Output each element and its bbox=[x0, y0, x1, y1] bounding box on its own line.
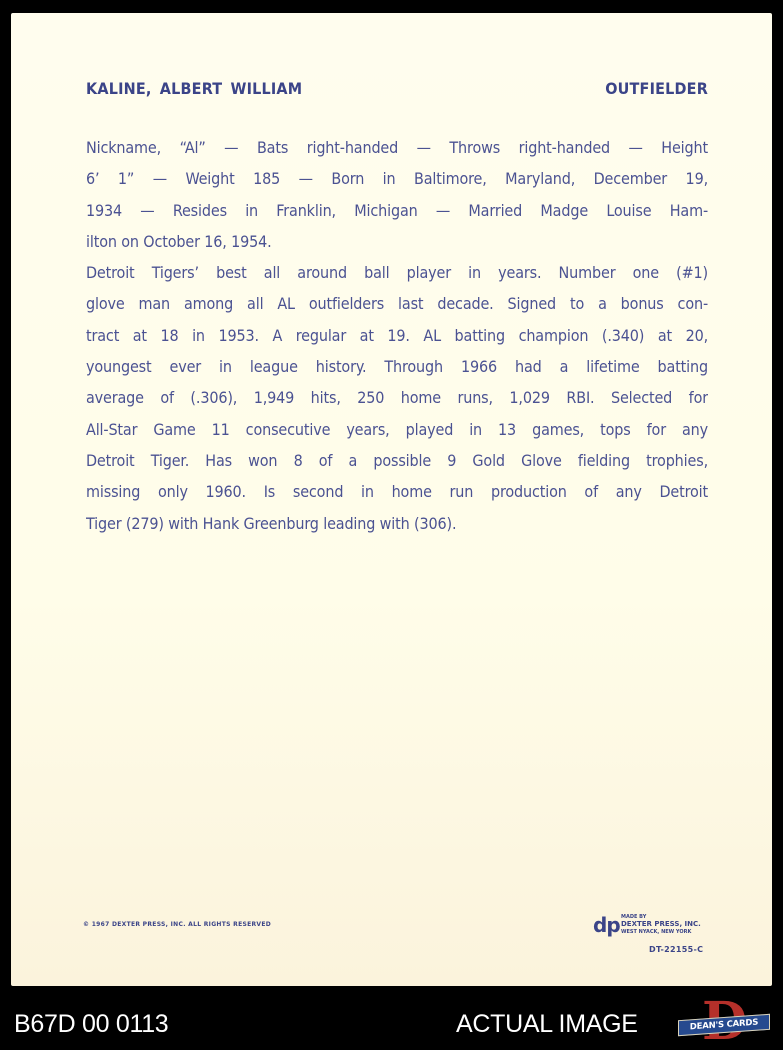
player-name: KALINE, ALBERT WILLIAM bbox=[86, 79, 302, 98]
bio-line: youngest ever in league history. Through… bbox=[86, 351, 708, 382]
card-back: KALINE, ALBERT WILLIAM OUTFIELDER Nickna… bbox=[11, 13, 772, 986]
publisher-location: WEST NYACK, NEW YORK bbox=[621, 929, 691, 935]
actual-image-label: ACTUAL IMAGE bbox=[456, 1010, 638, 1039]
publisher-imprint: dp MADE BY DEXTER PRESS, INC. WEST NYACK… bbox=[593, 911, 723, 961]
bio-line: Detroit Tigers’ best all around ball pla… bbox=[86, 257, 708, 288]
bio-line: Nickname, “Al” — Bats right-handed — Thr… bbox=[86, 132, 708, 163]
bio-line: 6’ 1” — Weight 185 — Born in Baltimore, … bbox=[86, 163, 708, 194]
bio-line: glove man among all AL outfielders last … bbox=[86, 288, 708, 319]
bio-line: missing only 1960. Is second in home run… bbox=[86, 476, 708, 507]
bio-line: ilton on October 16, 1954. bbox=[86, 226, 708, 257]
bio-line: Detroit Tiger. Has won 8 of a possible 9… bbox=[86, 445, 708, 476]
player-position: OUTFIELDER bbox=[605, 79, 708, 98]
publisher-name: DEXTER PRESS, INC. bbox=[621, 920, 701, 928]
bio-line: 1934 — Resides in Franklin, Michigan — M… bbox=[86, 195, 708, 226]
card-code: DT-22155-C bbox=[649, 945, 703, 954]
player-bio: Nickname, “Al” — Bats right-handed — Thr… bbox=[86, 132, 708, 539]
inventory-id: B67D 00 0113 bbox=[14, 1010, 168, 1039]
bio-line: average of (.306), 1,949 hits, 250 home … bbox=[86, 382, 708, 413]
bio-line: All-Star Game 11 consecutive years, play… bbox=[86, 414, 708, 445]
bio-line: tract at 18 in 1953. A regular at 19. AL… bbox=[86, 320, 708, 351]
dexter-press-logo-icon: dp bbox=[593, 913, 620, 937]
logo-banner: DEAN'S CARDS bbox=[678, 1014, 770, 1036]
copyright-notice: © 1967 DEXTER PRESS, INC. ALL RIGHTS RES… bbox=[83, 921, 271, 928]
bio-line: Tiger (279) with Hank Greenburg leading … bbox=[86, 508, 708, 539]
deans-cards-logo[interactable]: D DEAN'S CARDS bbox=[676, 1000, 772, 1048]
